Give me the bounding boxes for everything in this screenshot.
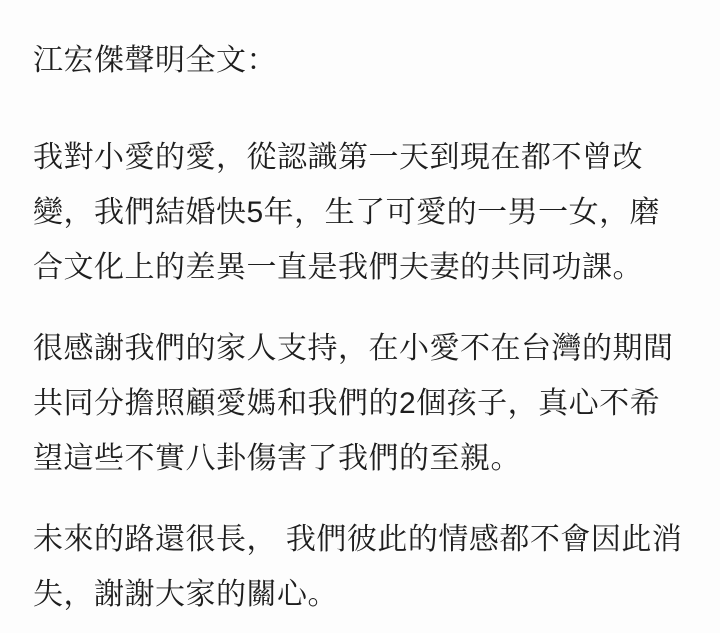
statement-line: 很感謝我們的家人支持，在小愛不在台灣的期間 [33, 321, 692, 376]
statement-line: 合文化上的差異一直是我們夫妻的共同功課。 [33, 240, 692, 295]
statement-paragraph-3: 未來的路還很長， 我們彼此的情感都不會因此消 失，謝謝大家的關心。 [33, 512, 692, 622]
statement-line: 未來的路還很長， 我們彼此的情感都不會因此消 [33, 512, 692, 567]
statement-line: 失，謝謝大家的關心。 [33, 567, 692, 622]
statement-line: 望這些不實八卦傷害了我們的至親。 [33, 431, 692, 486]
statement-paragraph-2: 很感謝我們的家人支持，在小愛不在台灣的期間 共同分擔照顧愛媽和我們的2個孩子，真… [33, 321, 692, 486]
statement-document: 江宏傑聲明全文： 我對小愛的愛，從認識第一天到現在都不曾改 變，我們結婚快5年，… [0, 0, 720, 633]
statement-paragraph-1: 我對小愛的愛，從認識第一天到現在都不曾改 變，我們結婚快5年，生了可愛的一男一女… [33, 130, 692, 295]
statement-line: 我對小愛的愛，從認識第一天到現在都不曾改 [33, 130, 692, 185]
statement-line: 變，我們結婚快5年，生了可愛的一男一女，磨 [33, 185, 692, 240]
statement-title: 江宏傑聲明全文： [33, 33, 692, 88]
statement-line: 共同分擔照顧愛媽和我們的2個孩子，真心不希 [33, 376, 692, 431]
